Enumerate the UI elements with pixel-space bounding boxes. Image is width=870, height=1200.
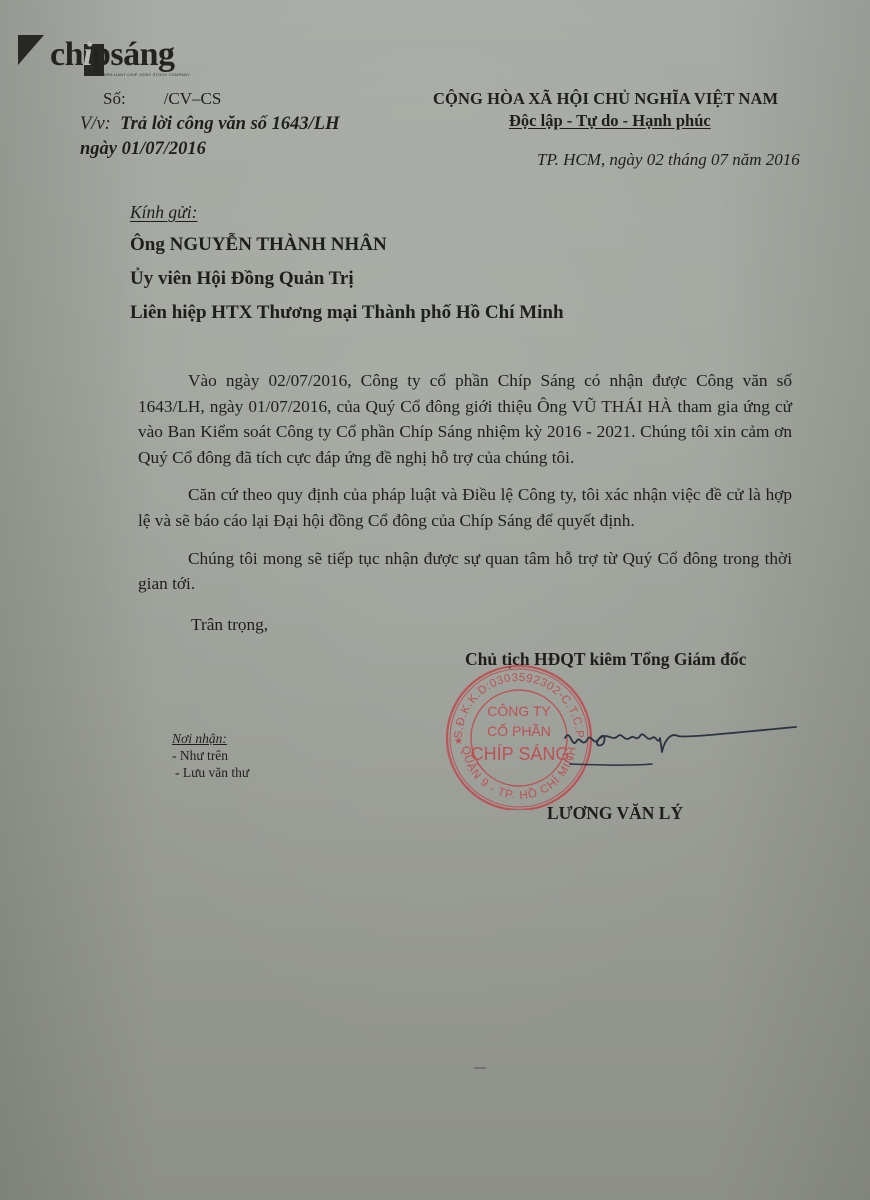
body-paragraph: Vào ngày 02/07/2016, Công ty cổ phần Chí… xyxy=(138,368,792,470)
logo-tagline: BRILLIANT CHIP JOINT STOCK COMPANY xyxy=(104,72,190,77)
subject: V/v: Trả lời công văn số 1643/LH ngày 01… xyxy=(80,112,340,162)
paper-shading xyxy=(0,0,870,1200)
logo-text-i: i xyxy=(83,36,92,73)
seal-line-3: CHÍP SÁNG xyxy=(471,744,570,764)
closing: Trân trọng, xyxy=(191,615,268,635)
seal-star-icon: ★ xyxy=(454,736,463,747)
body-paragraph: Chúng tôi mong sẽ tiếp tục nhận được sự … xyxy=(138,546,792,597)
national-title: CỘNG HÒA XÃ HỘI CHỦ NGHĨA VIỆT NAM xyxy=(433,89,778,109)
salutation: Kính gửi: xyxy=(130,202,197,223)
doc-number: Số:/CV–CS xyxy=(103,89,221,109)
handwritten-signature-icon xyxy=(560,712,800,772)
dateline: TP. HCM, ngày 02 tháng 07 năm 2016 xyxy=(537,150,800,170)
doc-number-value: /CV–CS xyxy=(164,89,222,109)
page-mark xyxy=(474,1066,486,1072)
logo-triangle-icon xyxy=(18,35,44,65)
subject-label: V/v: xyxy=(80,114,111,134)
letter-body: Vào ngày 02/07/2016, Công ty cổ phần Chí… xyxy=(138,368,792,597)
recipients-heading: Nơi nhận: xyxy=(172,730,249,747)
subject-line-2: ngày 01/07/2016 xyxy=(80,137,340,162)
national-motto: Độc lập - Tự do - Hạnh phúc xyxy=(509,111,711,131)
signer-name: LƯƠNG VĂN LÝ xyxy=(547,803,683,824)
logo-wordmark: chipsáng xyxy=(50,38,175,72)
addressee-organization: Liên hiệp HTX Thương mại Thành phố Hồ Ch… xyxy=(130,302,564,324)
doc-number-label: Số: xyxy=(103,89,126,108)
recipient-item: - Lưu văn thư xyxy=(172,764,249,781)
logo-text-pre: ch xyxy=(50,36,83,73)
logo-text-post: psáng xyxy=(92,36,175,73)
subject-line-1: Trả lời công văn số 1643/LH xyxy=(120,114,339,134)
body-paragraph: Căn cứ theo quy định của pháp luật và Đi… xyxy=(138,482,792,533)
seal-line-1: CÔNG TY xyxy=(487,703,551,719)
addressee-name: Ông NGUYỄN THÀNH NHÂN xyxy=(130,234,387,256)
addressee-position: Ủy viên Hội Đồng Quản Trị xyxy=(130,268,354,290)
seal-line-2: CỔ PHẦN xyxy=(487,722,551,739)
company-logo: chipsáng BRILLIANT CHIP JOINT STOCK COMP… xyxy=(18,32,198,78)
recipients: Nơi nhận: - Như trên - Lưu văn thư xyxy=(172,730,249,781)
recipient-item: - Như trên xyxy=(172,747,249,764)
